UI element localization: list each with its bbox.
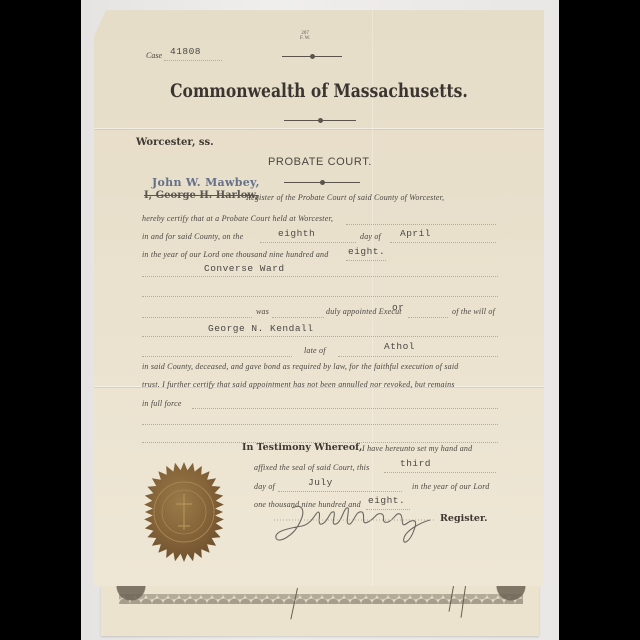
case-number: 41808 bbox=[170, 46, 201, 57]
divider-ornament bbox=[284, 120, 356, 121]
field-day: eighth bbox=[278, 228, 315, 239]
will-of-label: of the will of bbox=[452, 307, 495, 316]
document-title: Commonwealth of Massachusetts. bbox=[135, 80, 504, 102]
case-label: Case bbox=[146, 51, 162, 60]
field-testimony-day: third bbox=[400, 458, 431, 469]
day-of-label: day of bbox=[360, 232, 381, 241]
fill-rule bbox=[346, 260, 386, 261]
field-appointee: Converse Ward bbox=[204, 263, 285, 274]
county-heading: Worcester, ss. bbox=[136, 137, 214, 148]
certificate-page: Case 41808 207 F. W. Commonwealth of Mas… bbox=[94, 10, 544, 586]
divider-ornament bbox=[284, 182, 360, 183]
body-line-11: in full force bbox=[142, 399, 182, 408]
body-line-9: in said County, deceased, and gave bond … bbox=[142, 362, 458, 371]
signature-icon bbox=[272, 498, 452, 548]
body-line-3: in and for said County, on the bbox=[142, 232, 243, 241]
fill-rule bbox=[278, 491, 402, 492]
testimony-line-2: affixed the seal of said Court, this bbox=[254, 463, 369, 472]
field-late-of: Athol bbox=[384, 341, 415, 352]
fill-rule bbox=[142, 356, 292, 357]
file-stamp: 207 F. W. bbox=[300, 31, 310, 41]
register-signature bbox=[272, 498, 452, 553]
appointed-label: duly appointed Execut bbox=[326, 307, 402, 316]
struck-register-name: I, George H. Harlow, bbox=[144, 190, 259, 201]
register-label: Register. bbox=[440, 513, 487, 524]
fill-rule bbox=[384, 472, 496, 473]
court-seal-icon bbox=[132, 460, 236, 564]
fold-line bbox=[94, 128, 544, 129]
fill-rule bbox=[346, 224, 496, 225]
testimony-line-3: in the year of our Lord bbox=[412, 482, 489, 491]
fill-rule bbox=[272, 317, 324, 318]
field-role-suffix: or bbox=[392, 302, 404, 313]
stamp-initials: F. W. bbox=[300, 36, 310, 41]
fill-rule bbox=[142, 317, 252, 318]
fill-rule bbox=[142, 336, 498, 337]
field-deceased: George N. Kendall bbox=[208, 323, 313, 334]
fill-rule bbox=[142, 276, 498, 277]
fill-rule bbox=[390, 242, 496, 243]
field-month: April bbox=[400, 228, 431, 239]
was-label: was bbox=[256, 307, 269, 316]
court-heading: PROBATE COURT. bbox=[268, 156, 372, 168]
fill-rule bbox=[338, 356, 498, 357]
late-of-label: late of bbox=[304, 346, 326, 355]
fill-rule bbox=[142, 296, 498, 297]
testimony-day-of-label: day of bbox=[254, 482, 275, 491]
field-testimony-month: July bbox=[308, 477, 333, 488]
fill-rule bbox=[260, 242, 356, 243]
field-year: eight. bbox=[348, 246, 385, 257]
testimony-heading: In Testimony Whereof, bbox=[242, 442, 362, 453]
body-line-4: in the year of our Lord one thousand nin… bbox=[142, 250, 328, 259]
body-line-2: hereby certify that at a Probate Court h… bbox=[142, 214, 333, 223]
inserted-register-name: John W. Mawbey, bbox=[152, 176, 260, 189]
divider-ornament bbox=[282, 56, 342, 57]
body-line-1: Register of the Probate Court of said Co… bbox=[246, 193, 444, 202]
fill-rule bbox=[192, 408, 498, 409]
fill-rule bbox=[408, 317, 448, 318]
fill-rule bbox=[142, 424, 498, 425]
case-rule bbox=[164, 60, 222, 61]
second-page-sheet bbox=[101, 586, 539, 636]
testimony-line-1: I have hereunto set my hand and bbox=[362, 444, 472, 453]
body-line-10: trust. I further certify that said appoi… bbox=[142, 380, 455, 389]
